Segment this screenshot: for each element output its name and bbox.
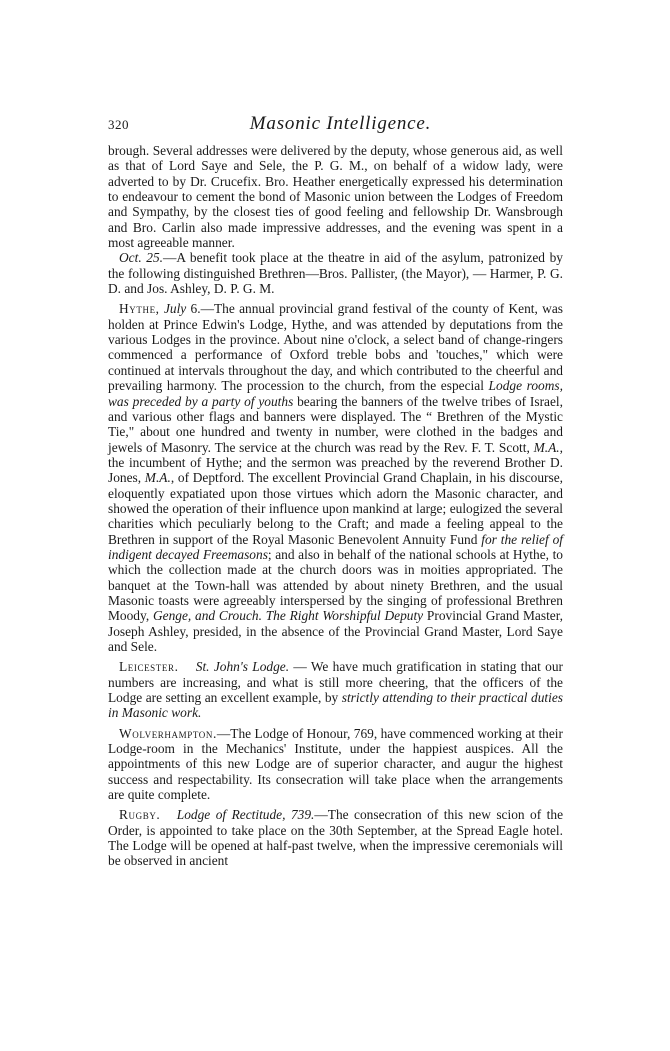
place-heading: Leicester.: [119, 659, 179, 674]
article-body: brough. Several addresses were delivered…: [108, 143, 563, 869]
document-page: 320 Masonic Intelligence. brough. Severa…: [108, 113, 563, 869]
running-title: Masonic Intelligence.: [108, 113, 563, 135]
paragraph-rugby: Rugby. Lodge of Rectitude, 739.—The cons…: [108, 807, 563, 868]
degree-label: M.A.: [145, 470, 171, 485]
date-number: 6.: [186, 301, 200, 316]
italic-text: Genge, and Crouch. The Right Worshipful …: [153, 608, 423, 623]
paragraph-text: brough. Several addresses were delivered…: [108, 143, 563, 250]
paragraph-oct-25: Oct. 25.—A benefit took place at the the…: [108, 250, 563, 296]
degree-label: M.A.: [534, 440, 560, 455]
paragraph-crucefix-addresses: brough. Several addresses were delivered…: [108, 143, 563, 250]
paragraph-leicester: Leicester. St. John's Lodge. — We have m…: [108, 659, 563, 720]
paragraph-hythe: Hythe, July 6.—The annual provincial gra…: [108, 301, 563, 654]
running-head: 320 Masonic Intelligence.: [108, 113, 563, 143]
paragraph-wolverhampton: Wolverhampton.—The Lodge of Honour, 769,…: [108, 726, 563, 803]
place-heading: Wolverhampton.: [119, 726, 217, 741]
lodge-name: St. John's Lodge.: [196, 659, 289, 674]
lodge-number: 739.: [285, 807, 314, 822]
lodge-name: Lodge of Rectitude,: [177, 807, 286, 822]
place-heading: Rugby.: [119, 807, 160, 822]
place-heading: Hythe,: [119, 301, 160, 316]
paragraph-text: —A benefit took place at the theatre in …: [108, 250, 563, 296]
date-label: Oct. 25.: [119, 250, 163, 265]
date-label: July: [164, 301, 186, 316]
